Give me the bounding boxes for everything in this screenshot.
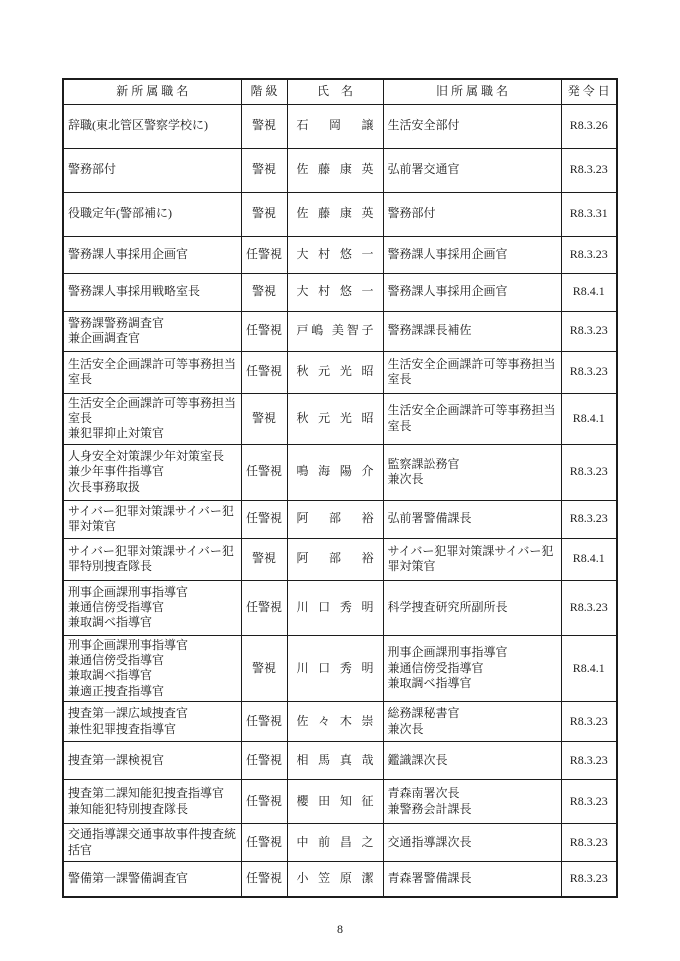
table-row: 刑事企画課刑事指導官 兼通信傍受指導官 兼取調べ指導官任警視川 口 秀 明科学捜… (63, 580, 617, 635)
table-row: 捜査第一課広域捜査官 兼性犯罪捜査指導官任警視佐 々 木 崇総務課秘書官 兼次長… (63, 702, 617, 742)
cell-date: R8.3.23 (561, 444, 617, 500)
cell-new-position: 役職定年(警部補に) (63, 192, 241, 236)
header-new-position: 新 所 属 職 名 (63, 79, 241, 104)
cell-date: R8.4.1 (561, 635, 617, 701)
cell-rank: 警視 (241, 192, 287, 236)
cell-rank: 警視 (241, 538, 287, 580)
header-date: 発 令 日 (561, 79, 617, 104)
cell-rank: 任警視 (241, 780, 287, 824)
cell-date: R8.3.23 (561, 311, 617, 351)
cell-old-position: 弘前署警備課長 (383, 500, 561, 538)
cell-rank: 任警視 (241, 742, 287, 780)
table-row: サイバー犯罪対策課サイバー犯罪特別捜査隊長警視阿 部 裕サイバー犯罪対策課サイバ… (63, 538, 617, 580)
cell-rank: 任警視 (241, 351, 287, 393)
cell-rank: 任警視 (241, 580, 287, 635)
cell-date: R8.3.23 (561, 780, 617, 824)
cell-rank: 警視 (241, 273, 287, 311)
table-row: 警備第一課警備調査官任警視小 笠 原 潔青森署警備課長R8.3.23 (63, 862, 617, 897)
cell-name: 佐 藤 康 英 (287, 192, 383, 236)
cell-rank: 任警視 (241, 862, 287, 897)
cell-name: 大 村 悠 一 (287, 273, 383, 311)
cell-rank: 任警視 (241, 824, 287, 862)
cell-name: 戸嶋 美智子 (287, 311, 383, 351)
cell-old-position: 科学捜査研究所副所長 (383, 580, 561, 635)
header-rank: 階 級 (241, 79, 287, 104)
table-row: 警務課警務調査官 兼企画調査官任警視戸嶋 美智子警務課課長補佐R8.3.23 (63, 311, 617, 351)
table-row: 生活安全企画課許可等事務担当室長 兼犯罪抑止対策官警視秋 元 光 昭生活安全企画… (63, 393, 617, 444)
table-row: 警務課人事採用戦略室長警視大 村 悠 一警務課人事採用企画官R8.4.1 (63, 273, 617, 311)
cell-old-position: 刑事企画課刑事指導官 兼通信傍受指導官 兼取調べ指導官 (383, 635, 561, 701)
cell-old-position: 生活安全企画課許可等事務担当室長 (383, 351, 561, 393)
cell-new-position: サイバー犯罪対策課サイバー犯罪対策官 (63, 500, 241, 538)
table-row: 刑事企画課刑事指導官 兼通信傍受指導官 兼取調べ指導官 兼適正捜査指導官警視川 … (63, 635, 617, 701)
table-header: 新 所 属 職 名 階 級 氏 名 旧 所 属 職 名 発 令 日 (63, 79, 617, 104)
cell-date: R8.3.23 (561, 351, 617, 393)
cell-date: R8.3.23 (561, 148, 617, 192)
cell-old-position: 生活安全企画課許可等事務担当室長 (383, 393, 561, 444)
header-name: 氏 名 (287, 79, 383, 104)
cell-name: 秋 元 光 昭 (287, 351, 383, 393)
cell-new-position: 警務課人事採用企画官 (63, 236, 241, 273)
cell-date: R8.3.23 (561, 500, 617, 538)
cell-name: 阿 部 裕 (287, 500, 383, 538)
cell-name: 大 村 悠 一 (287, 236, 383, 273)
cell-date: R8.4.1 (561, 393, 617, 444)
cell-new-position: 人身安全対策課少年対策室長 兼少年事件指導官 次長事務取扱 (63, 444, 241, 500)
cell-name: 秋 元 光 昭 (287, 393, 383, 444)
cell-name: 中 前 昌 之 (287, 824, 383, 862)
cell-old-position: サイバー犯罪対策課サイバー犯罪対策官 (383, 538, 561, 580)
cell-new-position: 生活安全企画課許可等事務担当室長 (63, 351, 241, 393)
cell-new-position: サイバー犯罪対策課サイバー犯罪特別捜査隊長 (63, 538, 241, 580)
table-row: 捜査第二課知能犯捜査指導官 兼知能犯特別捜査隊長任警視櫻 田 知 征青森南署次長… (63, 780, 617, 824)
table-row: 生活安全企画課許可等事務担当室長任警視秋 元 光 昭生活安全企画課許可等事務担当… (63, 351, 617, 393)
cell-old-position: 警務課課長補佐 (383, 311, 561, 351)
cell-new-position: 辞職(東北管区警察学校に) (63, 104, 241, 148)
table-row: 役職定年(警部補に)警視佐 藤 康 英警務部付R8.3.31 (63, 192, 617, 236)
cell-rank: 警視 (241, 148, 287, 192)
cell-name: 佐 藤 康 英 (287, 148, 383, 192)
cell-name: 石 岡 譲 (287, 104, 383, 148)
cell-new-position: 警備第一課警備調査官 (63, 862, 241, 897)
cell-name: 相 馬 真 哉 (287, 742, 383, 780)
table-row: 交通指導課交通事故事件捜査統括官任警視中 前 昌 之交通指導課次長R8.3.23 (63, 824, 617, 862)
cell-date: R8.3.23 (561, 824, 617, 862)
table-header-row: 新 所 属 職 名 階 級 氏 名 旧 所 属 職 名 発 令 日 (63, 79, 617, 104)
cell-rank: 任警視 (241, 702, 287, 742)
cell-new-position: 警務課警務調査官 兼企画調査官 (63, 311, 241, 351)
cell-old-position: 交通指導課次長 (383, 824, 561, 862)
cell-new-position: 交通指導課交通事故事件捜査統括官 (63, 824, 241, 862)
cell-rank: 任警視 (241, 444, 287, 500)
cell-date: R8.4.1 (561, 273, 617, 311)
cell-new-position: 警務課人事採用戦略室長 (63, 273, 241, 311)
cell-name: 佐 々 木 崇 (287, 702, 383, 742)
cell-new-position: 生活安全企画課許可等事務担当室長 兼犯罪抑止対策官 (63, 393, 241, 444)
table-row: 捜査第一課検視官任警視相 馬 真 哉鑑識課次長R8.3.23 (63, 742, 617, 780)
table-row: 辞職(東北管区警察学校に)警視石 岡 譲生活安全部付R8.3.26 (63, 104, 617, 148)
table-row: 警務課人事採用企画官任警視大 村 悠 一警務課人事採用企画官R8.3.23 (63, 236, 617, 273)
cell-date: R8.3.31 (561, 192, 617, 236)
cell-name: 川 口 秀 明 (287, 635, 383, 701)
page-number: 8 (0, 922, 680, 937)
cell-new-position: 刑事企画課刑事指導官 兼通信傍受指導官 兼取調べ指導官 兼適正捜査指導官 (63, 635, 241, 701)
cell-name: 阿 部 裕 (287, 538, 383, 580)
cell-old-position: 弘前署交通官 (383, 148, 561, 192)
cell-rank: 任警視 (241, 236, 287, 273)
cell-new-position: 捜査第一課広域捜査官 兼性犯罪捜査指導官 (63, 702, 241, 742)
table-row: 警務部付警視佐 藤 康 英弘前署交通官R8.3.23 (63, 148, 617, 192)
cell-old-position: 警務課人事採用企画官 (383, 236, 561, 273)
cell-rank: 警視 (241, 393, 287, 444)
cell-old-position: 青森署警備課長 (383, 862, 561, 897)
cell-date: R8.3.23 (561, 236, 617, 273)
cell-new-position: 刑事企画課刑事指導官 兼通信傍受指導官 兼取調べ指導官 (63, 580, 241, 635)
cell-rank: 任警視 (241, 500, 287, 538)
cell-rank: 警視 (241, 104, 287, 148)
cell-name: 川 口 秀 明 (287, 580, 383, 635)
cell-rank: 警視 (241, 635, 287, 701)
cell-new-position: 捜査第一課検視官 (63, 742, 241, 780)
cell-date: R8.3.23 (561, 702, 617, 742)
document-page: 新 所 属 職 名 階 級 氏 名 旧 所 属 職 名 発 令 日 辞職(東北管… (0, 0, 680, 961)
cell-old-position: 鑑識課次長 (383, 742, 561, 780)
cell-old-position: 青森南署次長 兼警務会計課長 (383, 780, 561, 824)
cell-old-position: 警務部付 (383, 192, 561, 236)
cell-new-position: 捜査第二課知能犯捜査指導官 兼知能犯特別捜査隊長 (63, 780, 241, 824)
cell-date: R8.3.23 (561, 580, 617, 635)
table-row: サイバー犯罪対策課サイバー犯罪対策官任警視阿 部 裕弘前署警備課長R8.3.23 (63, 500, 617, 538)
cell-old-position: 警務課人事採用企画官 (383, 273, 561, 311)
cell-old-position: 生活安全部付 (383, 104, 561, 148)
cell-old-position: 監察課訟務官 兼次長 (383, 444, 561, 500)
cell-name: 鳴 海 陽 介 (287, 444, 383, 500)
cell-rank: 任警視 (241, 311, 287, 351)
cell-new-position: 警務部付 (63, 148, 241, 192)
personnel-transfer-table: 新 所 属 職 名 階 級 氏 名 旧 所 属 職 名 発 令 日 辞職(東北管… (62, 78, 618, 898)
cell-old-position: 総務課秘書官 兼次長 (383, 702, 561, 742)
cell-name: 小 笠 原 潔 (287, 862, 383, 897)
cell-name: 櫻 田 知 征 (287, 780, 383, 824)
table-row: 人身安全対策課少年対策室長 兼少年事件指導官 次長事務取扱任警視鳴 海 陽 介監… (63, 444, 617, 500)
cell-date: R8.3.26 (561, 104, 617, 148)
table-body: 辞職(東北管区警察学校に)警視石 岡 譲生活安全部付R8.3.26警務部付警視佐… (63, 104, 617, 897)
cell-date: R8.3.23 (561, 742, 617, 780)
cell-date: R8.4.1 (561, 538, 617, 580)
header-old-position: 旧 所 属 職 名 (383, 79, 561, 104)
cell-date: R8.3.23 (561, 862, 617, 897)
